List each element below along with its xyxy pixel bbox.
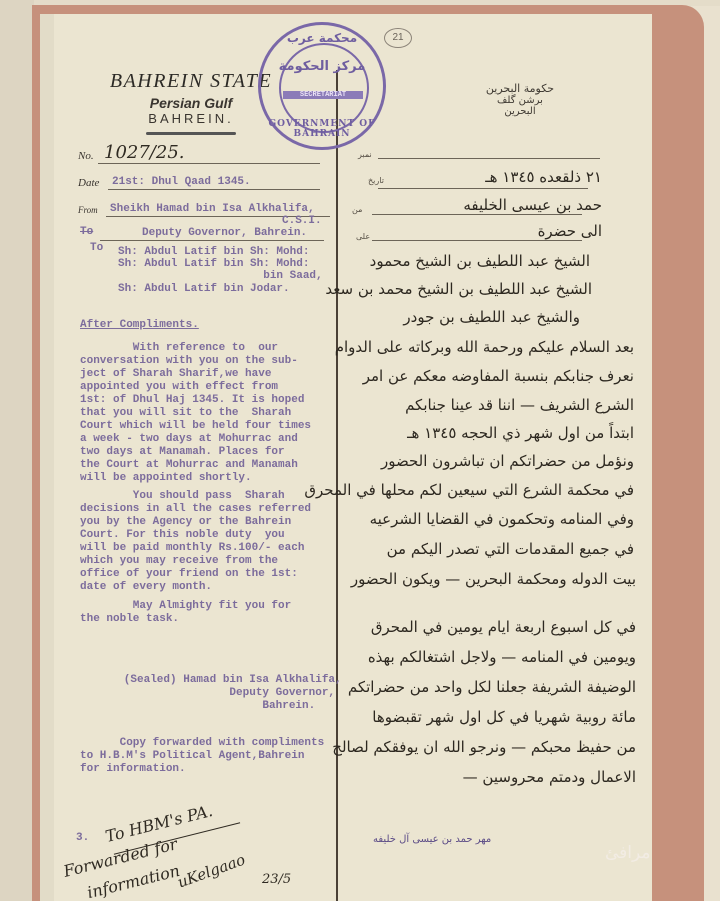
arabic-line: ويومين في المنامه — ولاجل اشتغالكم بهذه [368, 648, 636, 666]
stamp-center-text: مركز الحكومة [261, 59, 383, 74]
letterhead-ornament [146, 132, 236, 135]
arabic-line: الوضيفة الشريفة جعلنا لكل واحد من حضراتك… [348, 678, 636, 696]
arabic-line: الشرع الشريف — اننا قد عينا جنابكم [405, 396, 634, 414]
page-number: 21 [384, 28, 412, 48]
arabic-to-underline [372, 240, 582, 241]
letterhead-state: BAHREIN STATE [106, 70, 276, 93]
stamp-band: SECRETARIAT [283, 91, 363, 99]
marginal-number: 3. [76, 832, 89, 845]
letterhead-city: BAHREIN. [106, 111, 276, 126]
scan-background-left [0, 0, 34, 901]
paper-edge [40, 14, 54, 901]
arabic-to-label: على [356, 232, 370, 241]
arabic-from-value: حمد بن عيسى الخليفه [463, 196, 602, 214]
arabic-line: ونؤمل من حضراتكم ان تباشرون الحضور [381, 452, 634, 470]
arabic-number-underline [378, 158, 600, 159]
arabic-from-underline [372, 214, 582, 215]
arabic-from-label: من [352, 205, 362, 214]
letterhead-ar-line1: حكومة البحرين [470, 82, 570, 95]
letterhead-ar-line3: البحرين [470, 106, 570, 117]
arabic-line: في محكمة الشرع التي سيعين لكم محلها في ا… [304, 481, 634, 499]
arabic-line: الشيخ عبد اللطيف بن الشيخ محمد بن سعد [325, 280, 592, 298]
arabic-to-value: الى حضرة [538, 222, 602, 240]
arabic-line: بعد السلام عليكم ورحمة الله وبركاته على … [335, 338, 634, 356]
arabic-line: في كل اسبوع اربعة ايام يومين في المحرق [371, 618, 636, 636]
handwritten-date: 23/5 [262, 872, 291, 887]
arabic-line: ابتداً من اول شهر ذي الحجه ١٣٤٥ هـ [407, 424, 634, 442]
arabic-line: مائة روبية شهريا في كل اول شهر تقبضوها [372, 708, 636, 726]
arabic-seal-impression: مهر حمد بن عيسى آل خليفه [373, 834, 491, 845]
body-paragraph-2: You should pass Sharah decisions in all … [80, 490, 311, 594]
arabic-line: نعرف جنابكم بنسبة المفاوضه معكم عن امر [363, 367, 634, 385]
number-label: No. [78, 150, 94, 162]
salutation: After Compliments. [80, 319, 199, 332]
body-paragraph-3: May Almighty fit you for the noble task. [80, 600, 291, 626]
date-value: 21st: Dhul Qaad 1345. [112, 176, 251, 189]
letterhead-english: BAHREIN STATE Persian Gulf BAHREIN. [106, 70, 276, 135]
arabic-number-label: نمبر [358, 150, 372, 159]
body-paragraph-1: With reference to our conversation with … [80, 342, 311, 485]
number-value: 1027/25. [104, 142, 185, 163]
arabic-line: بيت الدوله ومحكمة البحرين — ويكون الحضور [351, 570, 636, 588]
to-label: To [90, 242, 103, 255]
to-struck-label: To [80, 226, 93, 239]
letterhead-ar-line2: برشن گلف [470, 95, 570, 106]
stamp-ring-text: GOVERNMENT OF BAHRAIN [261, 119, 383, 139]
arabic-date-value: ٢١ ذلقعده ١٣٤٥ هـ [485, 168, 602, 186]
arabic-date-label: تاريخ [368, 176, 384, 185]
government-secretariat-stamp: محكمة عرب مركز الحكومة SECRETARIAT GOVER… [258, 22, 386, 150]
arabic-line: في جميع المقدمات التي تصدر اليكم من [387, 540, 634, 558]
arabic-line: الاعمال ودمتم محروسين — [463, 768, 636, 786]
number-underline [98, 163, 320, 164]
watermark-logo: مرافئ [605, 843, 651, 863]
date-label: Date [78, 177, 99, 189]
stamp-top-text: محكمة عرب [261, 31, 383, 45]
arabic-date-underline [378, 188, 588, 189]
to-underline [100, 240, 324, 241]
copy-forward-note: Copy forwarded with compliments to H.B.M… [80, 737, 324, 776]
recipient-3: Sh: Abdul Latif bin Jodar. [118, 283, 290, 296]
letterhead-region: Persian Gulf [106, 95, 276, 111]
arabic-line: والشيخ عبد اللطيف بن جودر [403, 308, 580, 326]
letterhead-arabic: حكومة البحرين برشن گلف البحرين [470, 82, 570, 117]
date-underline [108, 189, 320, 190]
arabic-line: من حفيظ محبكم — ونرجو الله ان يوفقكم لصا… [332, 738, 636, 756]
from-line3: Deputy Governor, Bahrein. [142, 227, 307, 240]
from-label: From [78, 205, 98, 215]
recipient-2-cont: bin Saad, [118, 270, 323, 283]
arabic-line: وفي المنامه وتحكمون في القضايا الشرعيه [370, 510, 634, 528]
arabic-line: الشيخ عبد اللطيف بن الشيخ محمود [370, 252, 590, 270]
signature-block: (Sealed) Hamad bin Isa Alkhalifa, Deputy… [104, 674, 342, 713]
